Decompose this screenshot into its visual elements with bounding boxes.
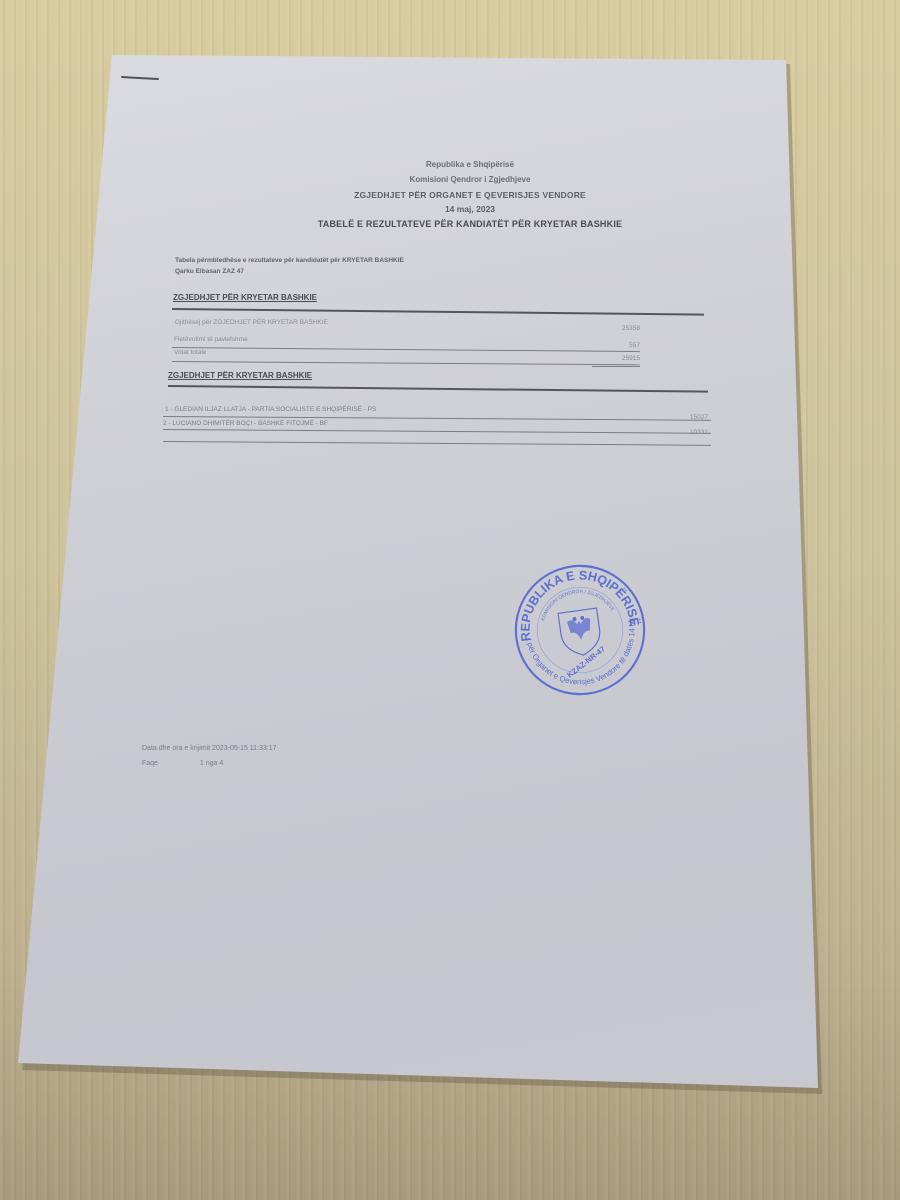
candidate-2-label: 2 - LUCIANO DHIMITËR BOÇI - BASHKË FITOJ…	[163, 420, 328, 427]
total-valid-label: Gjithësej për ZGJEDHJET PËR KRYETAR BASH…	[175, 319, 328, 326]
total-valid-value: 25358	[580, 325, 640, 332]
document-title: TABELË E REZULTATEVE PËR KANDIATËT PËR K…	[230, 219, 710, 229]
subtitle-summary: Tabela përmbledhëse e rezultateve për ka…	[175, 257, 404, 264]
row-rule	[592, 366, 640, 367]
footer-creation-date: Data dhe ora e krijimit 2023-05-15 11:33…	[142, 745, 277, 752]
pen-mark	[121, 76, 159, 80]
official-stamp: REPUBLIKA E SHQIPËRISË KOMISIONI QENDROR…	[503, 553, 657, 707]
row-rule	[172, 347, 640, 352]
total-votes-value: 25915	[580, 355, 640, 362]
row-rule	[172, 361, 640, 365]
page-current: 1	[200, 760, 204, 767]
subtitle-region: Qarku Elbasan ZAZ 47	[175, 268, 244, 275]
header-date: 14 maj, 2023	[240, 204, 700, 214]
candidate-1-votes: 15027	[648, 414, 708, 421]
candidate-2-votes: 10331	[648, 429, 708, 436]
header-republic: Republika e Shqipërisë	[240, 160, 700, 169]
page-label: Faqe	[142, 760, 158, 767]
creation-date-label: Data dhe ora e krijimit	[142, 745, 210, 752]
document-content: Republika e Shqipërisë Komisioni Qendror…	[0, 0, 900, 1200]
invalid-ballots-label: Fletëvotimi të pavlefshme	[174, 336, 248, 343]
section-rule	[172, 308, 704, 315]
header-commission: Komisioni Qendror i Zgjedhjeve	[240, 175, 700, 184]
summary-section-title: ZGJEDHJET PËR KRYETAR BASHKIE	[173, 293, 317, 302]
total-votes-label: Votat totale	[174, 349, 207, 356]
page-separator: nga	[206, 760, 218, 767]
section-rule	[168, 385, 708, 392]
invalid-ballots-value: 557	[580, 342, 640, 349]
footer-page-info: Faqe 1 nga 4	[142, 760, 223, 767]
creation-date-value: 2023-05-15 11:33:17	[212, 745, 276, 752]
row-rule	[163, 429, 711, 434]
header-elections: ZGJEDHJET PËR ORGANET E QEVERISJES VENDO…	[240, 190, 700, 200]
page-total: 4	[219, 760, 223, 767]
row-rule	[163, 441, 711, 446]
candidates-section-title: ZGJEDHJET PËR KRYETAR BASHKIE	[168, 371, 312, 380]
candidate-1-label: 1 - GLEDIAN ILJAZ LLATJA - PARTIA SOCIAL…	[165, 406, 376, 413]
